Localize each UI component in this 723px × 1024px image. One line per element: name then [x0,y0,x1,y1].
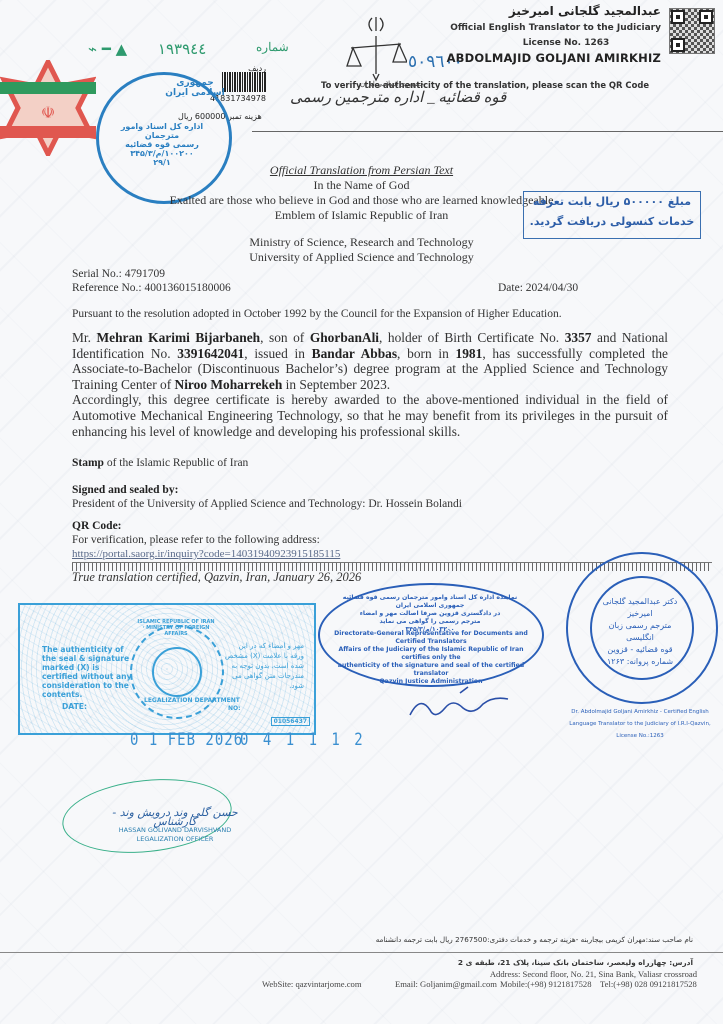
judiciary-office-fa: قوه قضائیه _ اداره مترجمین رسمی [290,88,506,107]
serial-number: Serial No.: 4791709 [72,267,231,281]
certificate-body: Mr. Mehran Karimi Bijarbaneh, son of Gho… [72,330,668,439]
address-en: Address: Second floor, No. 21, Sina Bank… [490,969,697,979]
document-number-value: ١٩٣٩٤٤ [158,40,206,58]
svg-text:☫: ☫ [41,105,55,122]
qr-block: QR Code: For verification, please refer … [72,519,340,561]
heading-line: University of Applied Science and Techno… [0,250,723,265]
legalization-text-fa: مهر و امضاء که در این ورقه با علامت (X) … [224,641,304,691]
stamp-line: Stamp of the Islamic Republic of Iran [72,456,248,470]
training-center: Niroo Moharrekeh [175,377,283,392]
footer-divider [0,952,723,953]
stamp-header-fa: جمهوری اسلامی ایران [160,78,230,98]
signed-label: Signed and sealed by: [72,484,178,496]
translator-seal-ring: Dr. Abdolmajid Goljani Amirkhiz - Certif… [566,706,714,742]
green-mark-icon: ⌁ ━ ▲ [88,40,127,58]
translator-name-fa: عبدالمجید گلجانی امیرخیز [381,4,661,18]
qazvin-justice-stamp-fa: نماینده اداره کل اسناد وامور مترجمان رسم… [330,594,530,634]
legalization-officer: حسن گلی وند درویش وند - کارشناس HASSAN G… [90,808,260,844]
document-number: ⌁ ━ ▲ ١٩٣٩٤٤ [88,40,206,58]
scales-of-justice-icon [345,14,407,86]
iran-flag-star-icon: ☫ [0,60,96,156]
legalization-date: 0 1 FEB 2026 [130,730,243,749]
legalization-stamp: The authenticity of the seal & signature… [18,603,316,735]
legalization-text-en: The authenticity of the seal & signature… [42,645,134,711]
signature [400,685,530,725]
translation-title: Official Translation from Persian Text [0,163,723,178]
certification-line: True translation certified, Qazvin, Iran… [72,570,361,585]
issue-city: Bandar Abbas [312,346,397,361]
license-number: License No. 1263 [381,38,661,48]
birth-certificate-no: 3357 [565,330,592,345]
reference-number: Reference No.: 400136015180006 [72,281,231,295]
legalization-number: 0 4 1 1 1 2 [240,730,366,749]
address-fa: آدرس: چهارراه ولیعصر، ساختمان بانک سینا،… [458,958,693,967]
award-paragraph: Accordingly, this degree certificate is … [72,392,668,439]
email[interactable]: Email: Goljanim@gmail.com [395,979,497,989]
qazvin-justice-stamp-en: Directorate-General Representative for D… [326,630,536,686]
translator-seal-text: دکتر عبدالمجید گلجانی امیرخیز مترجم رسمی… [594,596,686,668]
translators-directorate-stamp-text: اداره کل اسناد وامور مترجمان رسمی قوه قض… [108,122,216,167]
holder-name: Mehran Karimi Bijarbaneh [97,330,261,345]
signed-block: Signed and sealed by: President of the U… [72,483,462,511]
mobile: Mobile:(+98) 9121817528 [500,979,592,989]
republic-label-fa: جمهوری اسلامی ایران [360,80,424,88]
qr-note: For verification, please refer to the fo… [72,533,340,547]
document-date: Date: 2024/04/30 [498,281,578,295]
emblem-icon [152,647,202,697]
translator-title: Official English Translator to the Judic… [381,23,661,33]
verification-link[interactable]: https://portal.saorg.ir/inquiry?code=140… [72,547,340,561]
consular-fee-stamp: مبلغ ۵۰۰۰۰۰ ریال بابت تعرفه خدمات کنسولی… [523,191,701,239]
telephone: Tel:(+98) 028 09121817528 [600,979,697,989]
document-number-label: شماره [256,40,289,55]
qr-label: QR Code: [72,520,122,532]
legalization-serial: 01056437 [271,717,310,726]
birth-year: 1981 [456,346,483,361]
signed-by: President of the University of Applied S… [72,497,462,511]
blue-serial-number: ٥٠٩٦٠٠ [408,52,463,72]
qr-code[interactable] [669,8,715,54]
serial-reference: Serial No.: 4791709 Reference No.: 40013… [72,267,231,295]
national-id: 3391642041 [177,346,244,361]
document-owner-fee: نام صاحب سند:مهران کریمی بیجاربنه -هزینه… [376,935,693,944]
header-divider [252,131,723,132]
website[interactable]: WebSite: qazvintarjome.com [262,979,362,989]
father-name: GhorbanAli [310,330,379,345]
pursuant-text: Pursuant to the resolution adopted in Oc… [72,307,562,321]
